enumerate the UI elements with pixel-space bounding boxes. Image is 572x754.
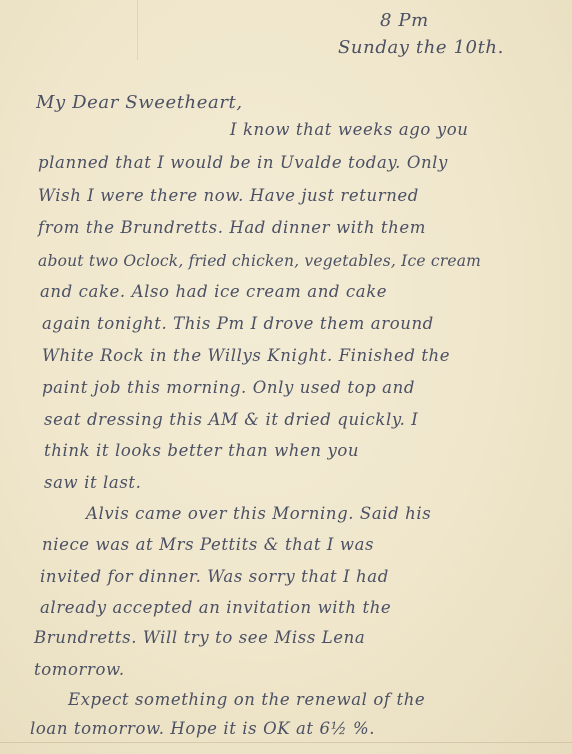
letter-line: niece was at Mrs Pettits & that I was — [42, 535, 374, 554]
letter-line: and cake. Also had ice cream and cake — [40, 282, 387, 301]
letter-line: saw it last. — [44, 473, 141, 492]
letter-line: invited for dinner. Was sorry that I had — [40, 567, 389, 586]
letter-salutation: My Dear Sweetheart, — [36, 92, 243, 113]
letter-line: I know that weeks ago you — [230, 120, 468, 139]
letter-line: Brundretts. Will try to see Miss Lena — [34, 628, 365, 647]
letter-line: seat dressing this AM & it dried quickly… — [44, 410, 418, 429]
letter-line: Expect something on the renewal of the — [68, 690, 425, 709]
letter-line: Alvis came over this Morning. Said his — [86, 504, 431, 523]
letter-line: from the Brundretts. Had dinner with the… — [38, 218, 426, 237]
letter-line: already accepted an invitation with the — [40, 598, 391, 617]
letter-line: tomorrow. — [34, 660, 125, 679]
letter-date: Sunday the 10th. — [338, 37, 504, 58]
letter-time: 8 Pm — [380, 10, 429, 31]
letter-line: think it looks better than when you — [44, 441, 359, 460]
letter-line: White Rock in the Willys Knight. Finishe… — [42, 346, 450, 365]
paper-crease — [137, 0, 138, 60]
letter-line: planned that I would be in Uvalde today.… — [38, 153, 448, 172]
paper-fold — [0, 742, 572, 743]
letter-page: 8 Pm Sunday the 10th. My Dear Sweetheart… — [0, 0, 572, 754]
letter-line: loan tomorrow. Hope it is OK at 6½ %. — [30, 719, 375, 738]
letter-line: paint job this morning. Only used top an… — [42, 378, 415, 397]
letter-line: Wish I were there now. Have just returne… — [38, 186, 419, 205]
letter-line: again tonight. This Pm I drove them arou… — [42, 314, 434, 333]
letter-line: about two Oclock, fried chicken, vegetab… — [38, 252, 481, 270]
